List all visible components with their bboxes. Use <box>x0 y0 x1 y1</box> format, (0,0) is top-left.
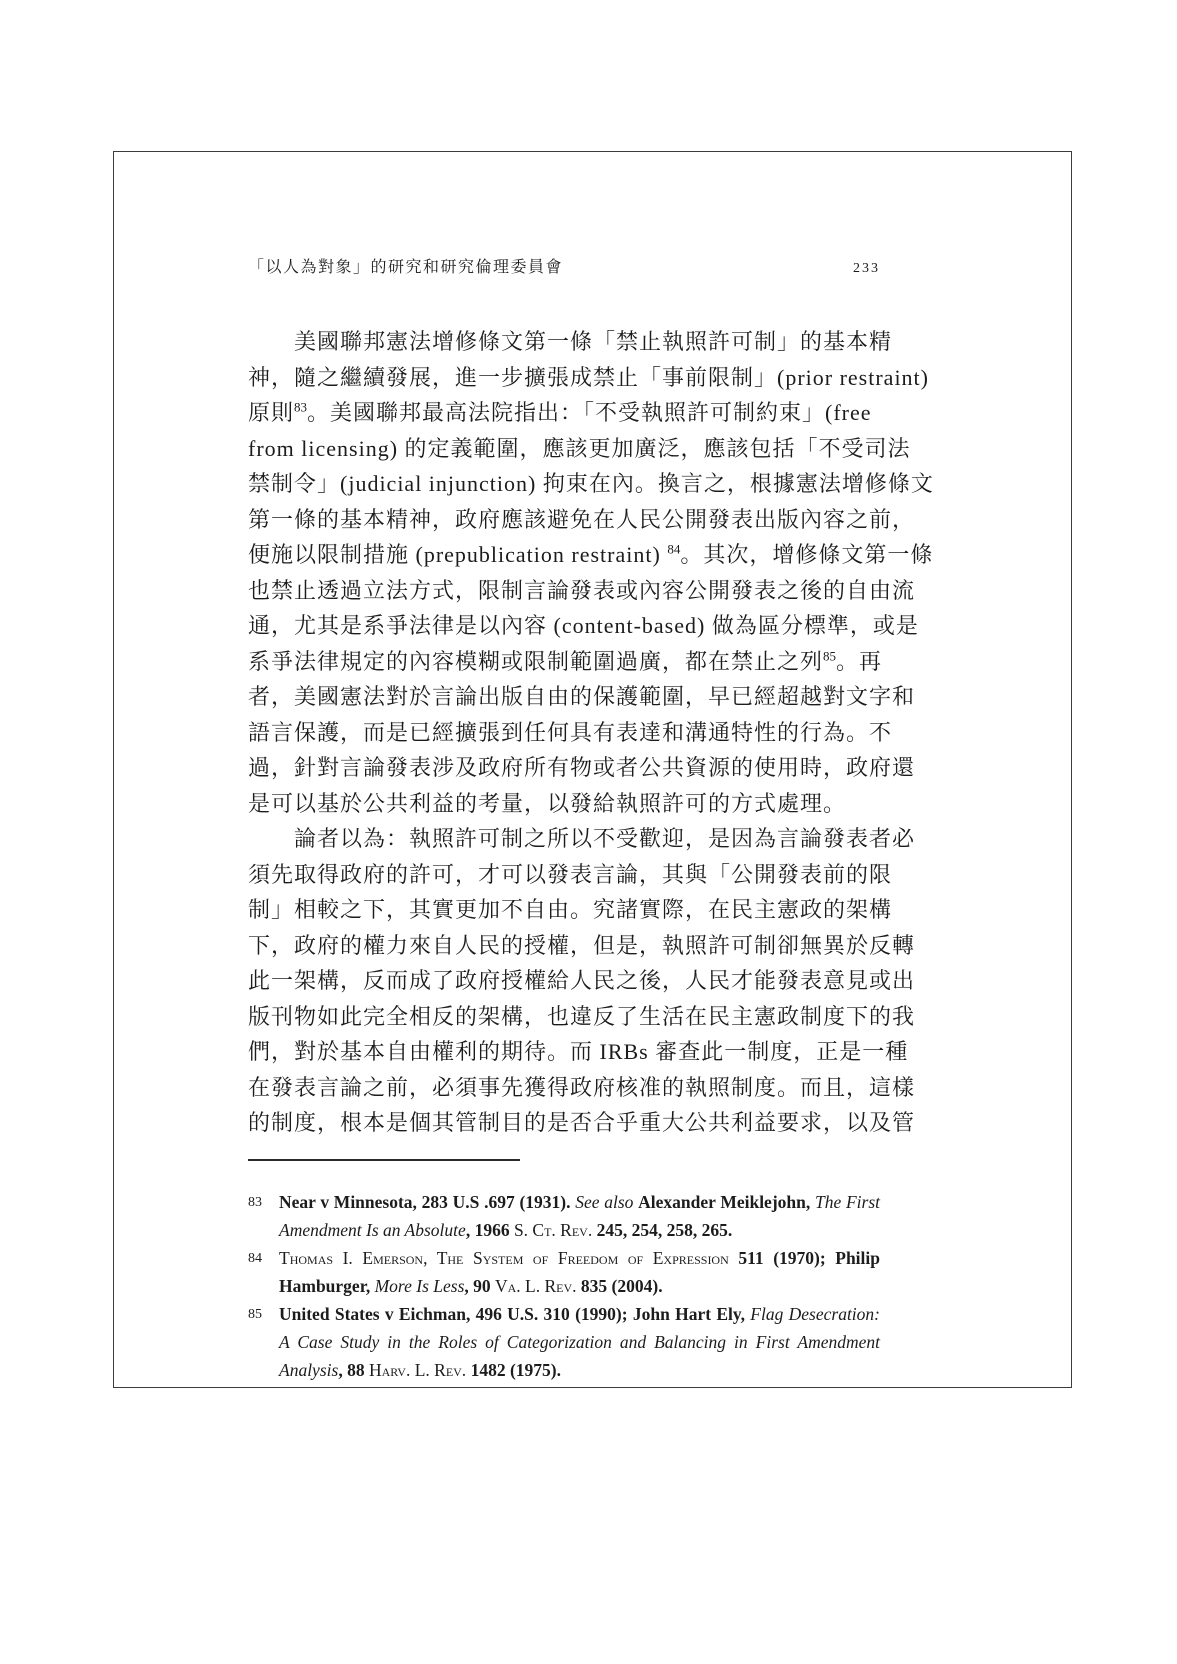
footnote-item: 84Thomas I. Emerson, The System of Freed… <box>248 1244 880 1300</box>
text-segment: 此一架構，反而成了政府授權給人民之後，人民才能發表意見或出 <box>248 968 915 993</box>
text-line: 語言保護，而是已經擴張到任何具有表達和溝通特性的行為。不 <box>248 715 880 751</box>
text-segment: Near v Minnesota, 283 U.S .697 (1931). <box>279 1192 575 1212</box>
text-line: 系爭法律規定的內容模糊或限制範圍過廣，都在禁止之列85。再 <box>248 644 880 680</box>
running-header-title: 「以人為對象」的研究和研究倫理委員會 <box>248 254 563 277</box>
text-line: 論者以為：執照許可制之所以不受歡迎，是因為言論發表者必 <box>248 821 880 857</box>
text-segment: 在發表言論之前，必須事先獲得政府核准的執照制度。而且，這樣 <box>248 1075 915 1100</box>
text-segment: 原則 <box>248 400 294 425</box>
text-segment: 835 (2004). <box>581 1276 663 1296</box>
text-line: 下，政府的權力來自人民的授權，但是，執照許可制卻無異於反轉 <box>248 928 880 964</box>
text-segment: 美國聯邦憲法增修條文第一條「禁止執照許可制」的基本精 <box>294 329 892 354</box>
text-segment: 過，針對言論發表涉及政府所有物或者公共資源的使用時，政府還 <box>248 755 915 780</box>
paragraph: 論者以為：執照許可制之所以不受歡迎，是因為言論發表者必須先取得政府的許可，才可以… <box>248 821 880 1141</box>
text-line: 版刊物如此完全相反的架構，也違反了生活在民主憲政制度下的我 <box>248 999 880 1035</box>
page-number: 233 <box>853 261 880 277</box>
footnote-text: Thomas I. Emerson, The System of Freedom… <box>279 1244 880 1300</box>
footnote-item: 83Near v Minnesota, 283 U.S .697 (1931).… <box>248 1188 880 1244</box>
text-segment: 制」相較之下，其實更加不自由。究諸實際，在民主憲政的架構 <box>248 897 892 922</box>
page-frame: 「以人為對象」的研究和研究倫理委員會 233 美國聯邦憲法增修條文第一條「禁止執… <box>113 151 1072 1388</box>
text-line: from licensing) 的定義範圍，應該更加廣泛，應該包括「不受司法 <box>248 431 880 467</box>
text-segment: See also <box>575 1192 638 1212</box>
text-line: 是可以基於公共利益的考量，以發給執照許可的方式處理。 <box>248 786 880 822</box>
text-line: 第一條的基本精神，政府應該避免在人民公開發表出版內容之前， <box>248 502 880 538</box>
footnote-ref: 85 <box>823 648 836 663</box>
text-line: 美國聯邦憲法增修條文第一條「禁止執照許可制」的基本精 <box>248 324 880 360</box>
text-segment: 須先取得政府的許可，才可以發表言論，其與「公開發表前的限 <box>248 862 892 887</box>
text-segment: 也禁止透過立法方式，限制言論發表或內容公開發表之後的自由流 <box>248 578 915 603</box>
footnote-ref: 83 <box>294 400 307 415</box>
footnote-number: 83 <box>248 1188 279 1217</box>
text-segment: Harv. L. Rev. <box>369 1360 471 1380</box>
text-segment: 系爭法律規定的內容模糊或限制範圍過廣，都在禁止之列 <box>248 649 823 674</box>
document-page: { "header": { "title": "「以人為對象」的研究和研究倫理委… <box>0 0 1177 1664</box>
text-segment: Alexander Meiklejohn, <box>638 1192 815 1212</box>
text-segment: 語言保護，而是已經擴張到任何具有表達和溝通特性的行為。不 <box>248 720 892 745</box>
text-segment: 的制度，根本是個其管制目的是否合乎重大公共利益要求，以及管 <box>248 1110 915 1135</box>
text-segment: , 90 <box>464 1276 495 1296</box>
text-segment: More Is Less <box>375 1276 465 1296</box>
text-segment: 。美國聯邦最高法院指出：「不受執照許可制約束」(free <box>307 400 872 425</box>
text-segment: Va. L. Rev. <box>495 1276 581 1296</box>
text-segment: 者，美國憲法對於言論出版自由的保護範圍，早已經超越對文字和 <box>248 684 915 709</box>
text-segment: 便施以限制措施 (prepublication restraint) <box>248 542 667 567</box>
text-segment: , 1966 <box>466 1220 514 1240</box>
text-segment: , 88 <box>338 1360 369 1380</box>
text-segment: United States v Eichman, 496 U.S. 310 (1… <box>279 1304 750 1324</box>
page-header: 「以人為對象」的研究和研究倫理委員會 233 <box>248 254 880 277</box>
text-line: 的制度，根本是個其管制目的是否合乎重大公共利益要求，以及管 <box>248 1105 880 1141</box>
footnote-ref: 84 <box>667 542 680 557</box>
text-line: 禁制令」(judicial injunction) 拘束在內。換言之，根據憲法增… <box>248 466 880 502</box>
text-line: 便施以限制措施 (prepublication restraint) 84。其次… <box>248 537 880 573</box>
text-segment: 是可以基於公共利益的考量，以發給執照許可的方式處理。 <box>248 791 846 816</box>
text-line: 過，針對言論發表涉及政府所有物或者公共資源的使用時，政府還 <box>248 750 880 786</box>
text-segment: 第一條的基本精神，政府應該避免在人民公開發表出版內容之前， <box>248 507 915 532</box>
footnote-list: 83Near v Minnesota, 283 U.S .697 (1931).… <box>248 1188 880 1384</box>
footnote-text: United States v Eichman, 496 U.S. 310 (1… <box>279 1300 880 1384</box>
footnote-text: Near v Minnesota, 283 U.S .697 (1931). S… <box>279 1188 880 1244</box>
text-segment: 下，政府的權力來自人民的授權，但是，執照許可制卻無異於反轉 <box>248 933 915 958</box>
text-line: 神，隨之繼續發展，進一步擴張成禁止「事前限制」(prior restraint) <box>248 360 880 396</box>
text-segment: 通，尤其是系爭法律是以內容 (content-based) 做為區分標準，或是 <box>248 613 919 638</box>
text-segment: 神，隨之繼續發展，進一步擴張成禁止「事前限制」(prior restraint) <box>248 365 929 390</box>
text-segment: 禁制令」(judicial injunction) 拘束在內。換言之，根據憲法增… <box>248 471 934 496</box>
text-line: 者，美國憲法對於言論出版自由的保護範圍，早已經超越對文字和 <box>248 679 880 715</box>
text-segment: 。其次，增修條文第一條 <box>680 542 933 567</box>
text-line: 制」相較之下，其實更加不自由。究諸實際，在民主憲政的架構 <box>248 892 880 928</box>
text-segment: 。再 <box>836 649 882 674</box>
text-line: 通，尤其是系爭法律是以內容 (content-based) 做為區分標準，或是 <box>248 608 880 644</box>
text-line: 在發表言論之前，必須事先獲得政府核准的執照制度。而且，這樣 <box>248 1070 880 1106</box>
text-segment: 1482 (1975). <box>471 1360 561 1380</box>
text-segment: 245, 254, 258, 265. <box>597 1220 733 1240</box>
text-line: 原則83。美國聯邦最高法院指出：「不受執照許可制約束」(free <box>248 395 880 431</box>
text-segment: 論者以為：執照許可制之所以不受歡迎，是因為言論發表者必 <box>294 826 915 851</box>
footnote-separator <box>248 1159 520 1161</box>
text-line: 須先取得政府的許可，才可以發表言論，其與「公開發表前的限 <box>248 857 880 893</box>
text-line: 此一架構，反而成了政府授權給人民之後，人民才能發表意見或出 <box>248 963 880 999</box>
footnote-item: 85United States v Eichman, 496 U.S. 310 … <box>248 1300 880 1384</box>
footnote-number: 85 <box>248 1300 279 1329</box>
text-segment: from licensing) 的定義範圍，應該更加廣泛，應該包括「不受司法 <box>248 436 911 461</box>
text-segment: S. Ct. Rev. <box>514 1220 597 1240</box>
text-line: 也禁止透過立法方式，限制言論發表或內容公開發表之後的自由流 <box>248 573 880 609</box>
body-text: 美國聯邦憲法增修條文第一條「禁止執照許可制」的基本精神，隨之繼續發展，進一步擴張… <box>248 324 880 1141</box>
text-segment: Thomas I. Emerson, The System of Freedom… <box>279 1248 738 1268</box>
text-segment: 們，對於基本自由權利的期待。而 IRBs 審查此一制度，正是一種 <box>248 1039 908 1064</box>
footnote-number: 84 <box>248 1244 279 1273</box>
text-segment: 版刊物如此完全相反的架構，也違反了生活在民主憲政制度下的我 <box>248 1004 915 1029</box>
paragraph: 美國聯邦憲法增修條文第一條「禁止執照許可制」的基本精神，隨之繼續發展，進一步擴張… <box>248 324 880 821</box>
text-line: 們，對於基本自由權利的期待。而 IRBs 審查此一制度，正是一種 <box>248 1034 880 1070</box>
